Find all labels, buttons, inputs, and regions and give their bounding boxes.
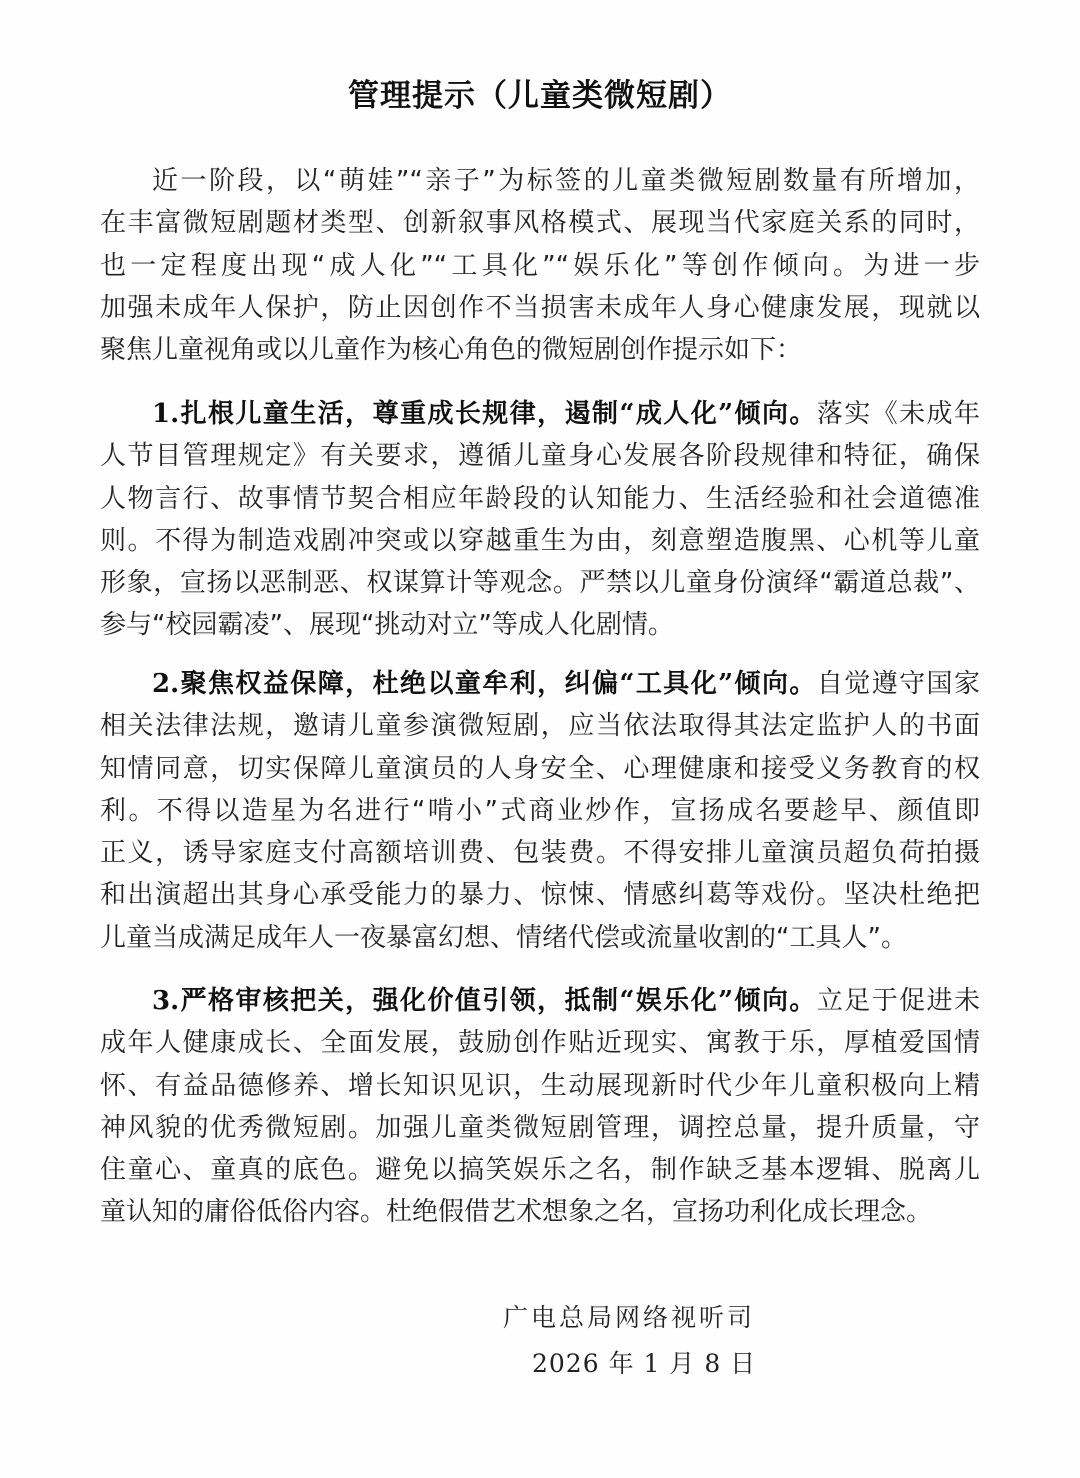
section-2-first-line-text: 自觉遵守国家 xyxy=(817,669,980,699)
section-1-first-line-text: 落实《未成年 xyxy=(817,399,980,429)
section-line: 形象，宣扬以恶制恶、权谋算计等观念。严禁以儿童身份演绎“霸道总裁”、 xyxy=(100,562,980,604)
section-line: 住童心、童真的底色。避免以搞笑娱乐之名，制作缺乏基本逻辑、脱离儿 xyxy=(100,1149,980,1191)
intro-line: 也一定程度出现“成人化”“工具化”“娱乐化”等创作倾向。为进一步 xyxy=(100,245,980,287)
section-line: 知情同意，切实保障儿童演员的人身安全、心理健康和接受义务教育的权 xyxy=(100,748,980,790)
section-1: 1.扎根儿童生活，尊重成长规律，遏制“成人化”倾向。落实《未成年 人节目管理规定… xyxy=(100,393,980,647)
document-page: 管理提示（儿童类微短剧） 近一阶段，以“萌娃”“亲子”为标签的儿童类微短剧数量有… xyxy=(0,0,1080,1478)
section-line: 参与“校园霸凌”、展现“挑动对立”等成人化剧情。 xyxy=(100,604,980,646)
section-line: 和出演超出其身心承受能力的暴力、惊悚、情感纠葛等戏份。坚决杜绝把 xyxy=(100,874,980,916)
issue-date: 2026 年 1 月 8 日 xyxy=(532,1344,756,1384)
section-line: 人节目管理规定》有关要求，遵循儿童身心发展各阶段规律和特征，确保 xyxy=(100,435,980,477)
section-line: 儿童当成满足成年人一夜暴富幻想、情绪代偿或流量收割的“工具人”。 xyxy=(100,917,980,959)
issuing-organization: 广电总局网络视听司 xyxy=(503,1298,755,1338)
intro-paragraph: 近一阶段，以“萌娃”“亲子”为标签的儿童类微短剧数量有所增加， 在丰富微短剧题材… xyxy=(100,160,980,371)
section-3: 3.严格审核把关，强化价值引领，抵制“娱乐化”倾向。立足于促进未 成年人健康成长… xyxy=(100,980,980,1234)
document-title: 管理提示（儿童类微短剧） xyxy=(0,74,1080,118)
intro-line: 近一阶段，以“萌娃”“亲子”为标签的儿童类微短剧数量有所增加， xyxy=(100,160,980,202)
section-line: 成年人健康成长、全面发展，鼓励创作贴近现实、寓教于乐，厚植爱国情 xyxy=(100,1022,980,1064)
section-3-first-line: 3.严格审核把关，强化价值引领，抵制“娱乐化”倾向。立足于促进未 xyxy=(100,980,980,1022)
section-line: 则。不得为制造戏剧冲突或以穿越重生为由，刻意塑造腹黑、心机等儿童 xyxy=(100,520,980,562)
section-2: 2.聚焦权益保障，杜绝以童牟利，纠偏“工具化”倾向。自觉遵守国家 相关法律法规，… xyxy=(100,663,980,959)
section-line: 相关法律法规，邀请儿童参演微短剧，应当依法取得其法定监护人的书面 xyxy=(100,705,980,747)
section-line: 正义，诱导家庭支付高额培训费、包装费。不得安排儿童演员超负荷拍摄 xyxy=(100,832,980,874)
section-3-first-line-text: 立足于促进未 xyxy=(817,986,980,1016)
section-1-heading: 1.扎根儿童生活，尊重成长规律，遏制“成人化”倾向。 xyxy=(152,399,817,429)
section-3-heading: 3.严格审核把关，强化价值引领，抵制“娱乐化”倾向。 xyxy=(152,986,817,1016)
intro-line: 聚焦儿童视角或以儿童作为核心角色的微短剧创作提示如下： xyxy=(100,329,980,371)
section-line: 童认知的庸俗低俗内容。杜绝假借艺术想象之名，宣扬功利化成长理念。 xyxy=(100,1191,980,1233)
section-line: 人物言行、故事情节契合相应年龄段的认知能力、生活经验和社会道德准 xyxy=(100,478,980,520)
section-2-first-line: 2.聚焦权益保障，杜绝以童牟利，纠偏“工具化”倾向。自觉遵守国家 xyxy=(100,663,980,705)
section-line: 神风貌的优秀微短剧。加强儿童类微短剧管理，调控总量，提升质量，守 xyxy=(100,1107,980,1149)
section-line: 利。不得以造星为名进行“啃小”式商业炒作，宣扬成名要趁早、颜值即 xyxy=(100,790,980,832)
section-1-first-line: 1.扎根儿童生活，尊重成长规律，遏制“成人化”倾向。落实《未成年 xyxy=(100,393,980,435)
section-line: 怀、有益品德修养、增长知识见识，生动展现新时代少年儿童积极向上精 xyxy=(100,1065,980,1107)
section-2-heading: 2.聚焦权益保障，杜绝以童牟利，纠偏“工具化”倾向。 xyxy=(152,669,817,699)
intro-line: 在丰富微短剧题材类型、创新叙事风格模式、展现当代家庭关系的同时， xyxy=(100,202,980,244)
intro-line: 加强未成年人保护，防止因创作不当损害未成年人身心健康发展，现就以 xyxy=(100,287,980,329)
